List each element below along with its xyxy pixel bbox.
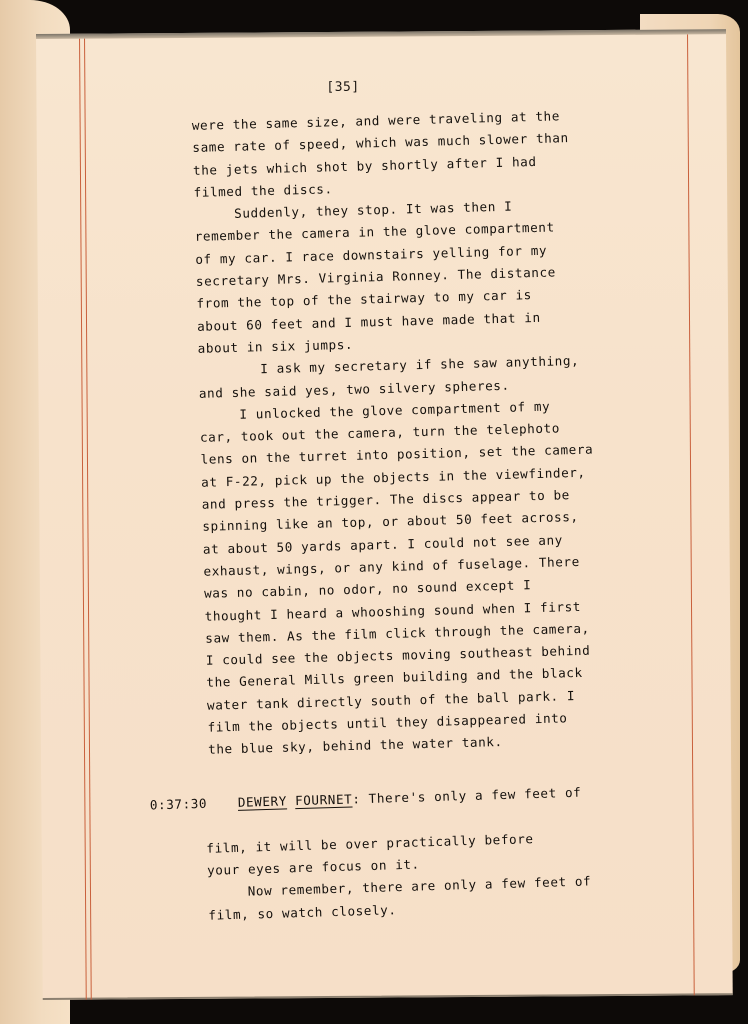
speaker-name: DEWERY FOURNET xyxy=(238,792,353,810)
speaker-line: DEWERY FOURNET: There's only a few feet … xyxy=(238,782,582,814)
timestamp: 0:37:30 xyxy=(150,792,239,817)
page-number: [35] xyxy=(326,80,359,95)
right-margin-rule xyxy=(687,34,695,995)
speaker-entry: 0:37:30DEWERY FOURNET: There's only a fe… xyxy=(116,757,682,974)
speech-first-line: : There's only a few feet of xyxy=(352,785,581,807)
speaker-first-name: DEWERY xyxy=(238,794,288,810)
narrative-paragraphs: were the same size, and were traveling a… xyxy=(192,103,679,762)
speech-continuation: film, it will be over practically before… xyxy=(118,824,680,930)
speaker-last-name: FOURNET xyxy=(295,792,353,809)
transcript-page: [35] were the same size, and were travel… xyxy=(36,29,733,1000)
